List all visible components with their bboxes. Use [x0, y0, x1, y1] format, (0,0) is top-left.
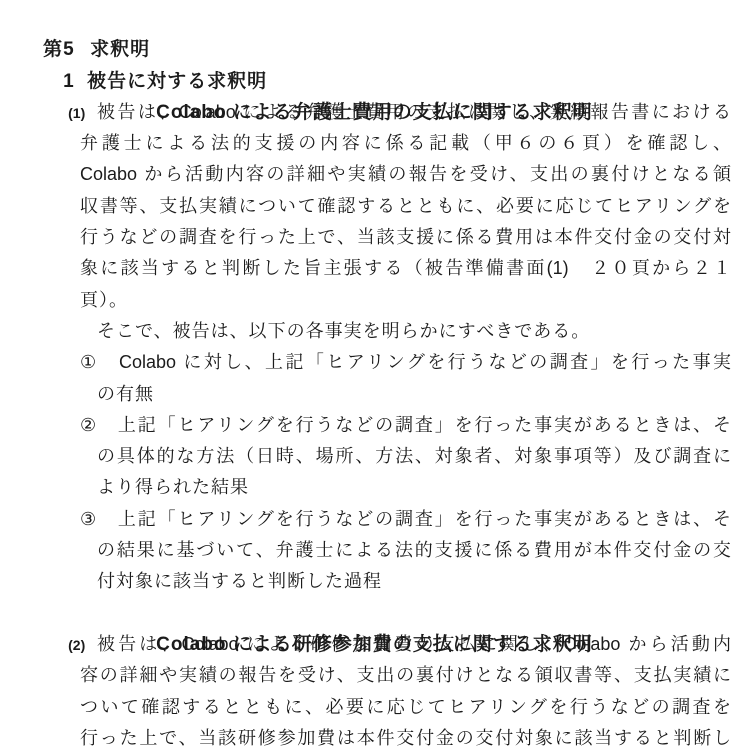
list-item-2-line: より得られた結果 [97, 472, 731, 503]
section-title: 求釈明 [90, 39, 150, 60]
clarification-2-heading: (2)Colabo による研修参加費の支払に関する求釈明 [0, 598, 755, 629]
paragraph-line: 行うなどの調査を行った上で、当該支援に係る費用は本件交付金の交付対 [80, 222, 731, 253]
paragraph-line: 被告は、Colabo による弁護士費用の支払に関し、実績報告書における [97, 97, 731, 128]
list-item-1-line: ① Colabo に対し、上記「ヒアリングを行うなどの調査」を行った事実 [80, 347, 731, 378]
list-item-2-line: ② 上記「ヒアリングを行うなどの調査」を行った事実があるときは、そ [80, 410, 731, 441]
list-item-3-line: ③ 上記「ヒアリングを行うなどの調査」を行った事実があるときは、そ [80, 504, 731, 535]
paragraph-line: 頁）。 [80, 285, 731, 316]
document-page: 第5求釈明 1被告に対する求釈明 (1)Colabo による弁護士費用の支払に関… [0, 0, 755, 755]
list-item-1-line: の有無 [97, 379, 731, 410]
section-number: 第5 [43, 34, 90, 65]
list-item-3-line: の結果に基づいて、弁護士による法的支援に係る費用が本件交付金の交 [97, 535, 731, 566]
paragraph-line: そこで、被告は、以下の各事実を明らかにすべきである。 [97, 316, 731, 347]
paragraph-line: 被告は、Colabo による研修参加費の支払に関し、Colabo から活動内 [97, 629, 731, 660]
subsection-title: 被告に対する求釈明 [87, 71, 267, 92]
paragraph-line: ついて確認するとともに、必要に応じてヒアリングを行うなどの調査を [80, 692, 731, 723]
paragraph-line: 弁護士による法的支援の内容に係る記載（甲６の６頁）を確認し、 [80, 128, 731, 159]
section-heading: 第5求釈明 [0, 3, 755, 34]
paragraph-line: 容の詳細や実績の報告を受け、支出の裏付けとなる領収書等、支払実績に [80, 660, 731, 691]
list-item-3-line: 付対象に該当すると判断した過程 [97, 566, 731, 597]
paragraph-line: 収書等、支払実績について確認するとともに、必要に応じてヒアリングを [80, 191, 731, 222]
paragraph-line: 象に該当すると判断した旨主張する（被告準備書面(1) ２０頁から２１ [80, 253, 731, 284]
list-item-2-line: の具体的な方法（日時、場所、方法、対象者、対象事項等）及び調査に [97, 441, 731, 472]
paragraph-line: Colabo から活動内容の詳細や実績の報告を受け、支出の裏付けとなる領 [80, 159, 731, 190]
subsection-number: 1 [63, 66, 87, 97]
paragraph-line: 行った上で、当該研修参加費は本件交付金の交付対象に該当すると判断し [80, 723, 731, 754]
